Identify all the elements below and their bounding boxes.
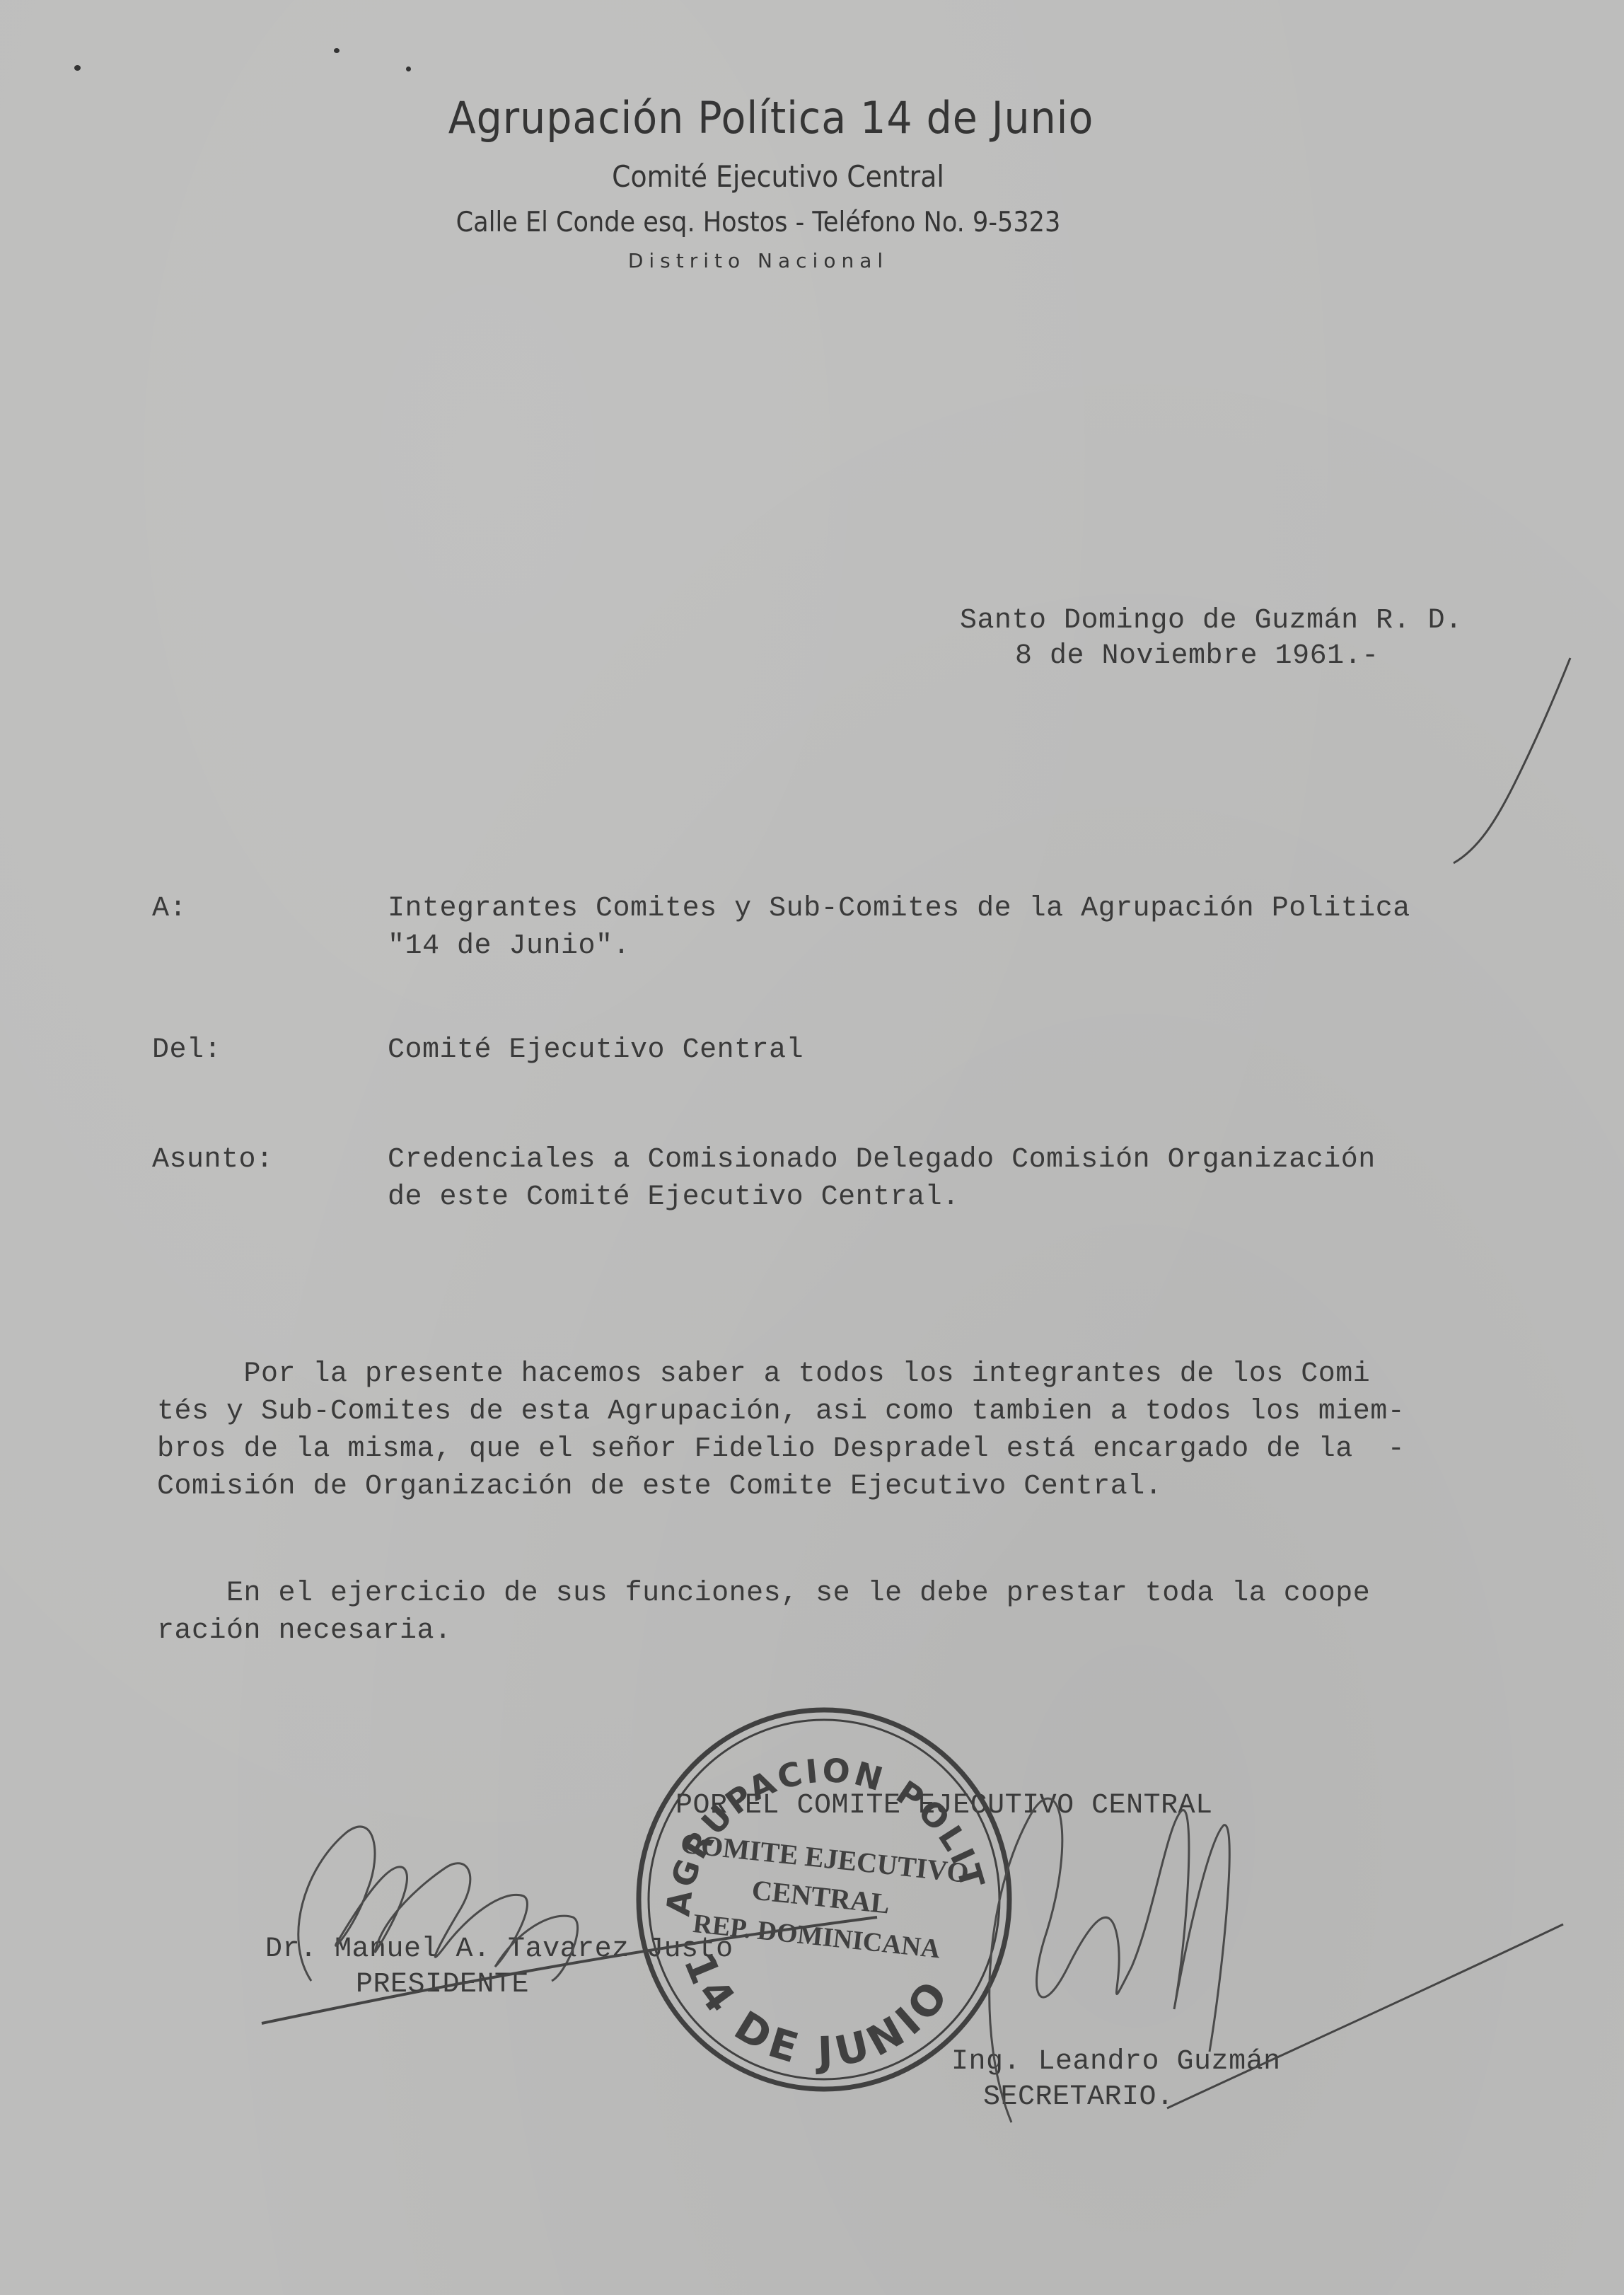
subject-value-line-2: de este Comité Ejecutivo Central. — [388, 1181, 960, 1213]
official-stamp: AGRUPACION POLITICA 14 DE JUNIO COMITE E… — [630, 1705, 1019, 2094]
paper-speck — [406, 67, 411, 71]
from-value: Comité Ejecutivo Central — [388, 1034, 804, 1066]
body-line: ración necesaria. — [157, 1615, 452, 1647]
dateline-date: 8 de Noviembre 1961.- — [1015, 640, 1379, 672]
subject-label: Asunto: — [152, 1144, 274, 1176]
body-line: Por la presente hacemos saber a todos lo… — [157, 1358, 1370, 1390]
subject-value-line-1: Credenciales a Comisionado Delegado Comi… — [388, 1144, 1376, 1176]
stamp-center-line-2: CENTRAL — [750, 1873, 891, 1919]
body-line: Comisión de Organización de este Comite … — [157, 1471, 1162, 1503]
stamp-center-line-3: REP. DOMINICANA — [692, 1909, 942, 1965]
to-label: A: — [152, 893, 187, 925]
letterhead-organization: Agrupación Política 14 de Junio — [448, 92, 1094, 144]
letterhead-address: Calle El Conde esq. Hostos - Teléfono No… — [456, 207, 1061, 238]
signatory-president-title: PRESIDENTE — [356, 1969, 529, 2001]
letterhead-committee: Comité Ejecutivo Central — [612, 159, 944, 194]
body-line: En el ejercicio de sus funciones, se le … — [157, 1578, 1370, 1609]
pen-stroke-mark — [1429, 651, 1584, 877]
paper-speck — [334, 48, 340, 53]
to-value-line-1: Integrantes Comites y Sub-Comites de la … — [388, 893, 1410, 925]
to-value-line-2: "14 de Junio". — [388, 930, 630, 962]
dateline-place: Santo Domingo de Guzmán R. D. — [960, 605, 1463, 637]
from-label: Del: — [152, 1034, 221, 1066]
body-line: bros de la misma, que el señor Fidelio D… — [157, 1433, 1405, 1465]
body-line: tés y Sub-Comites de esta Agrupación, as… — [157, 1396, 1405, 1428]
letterhead-district: Distrito Nacional — [628, 249, 888, 272]
letter-page: Agrupación Política 14 de Junio Comité E… — [0, 0, 1624, 2295]
paper-speck — [74, 65, 81, 71]
stamp-center-line-1: COMITE EJECUTIVO — [679, 1827, 970, 1890]
